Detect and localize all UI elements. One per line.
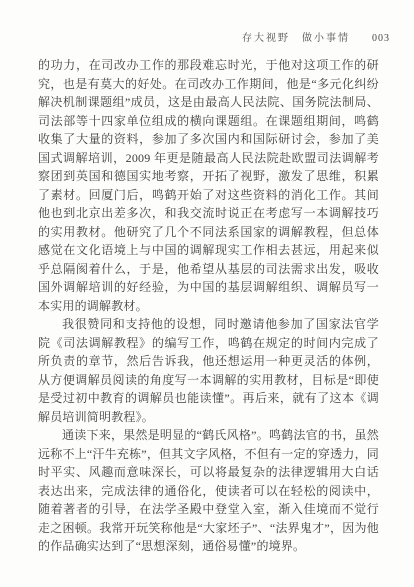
page-number: 003 (372, 33, 390, 44)
paragraph: 我很赞同和支持他的设想，同时邀请他参加了国家法官学院《司法调解教程》的编写工作，… (38, 315, 379, 426)
page-header: 存大视野 做小事情 003 (0, 29, 390, 44)
book-page: 存大视野 做小事情 003 的功力，在司改办工作的那段难忘时光，于他对这项工作的… (0, 0, 414, 587)
running-title: 存大视野 做小事情 (242, 29, 350, 44)
body-text: 的功力，在司改办工作的那段难忘时光，于他对这项工作的研究，也是有莫大的好处。在司… (38, 56, 379, 556)
paragraph: 通读下来，果然是明显的“鹤氏风格”。鸣鹤法官的书，虽然远称不上“汗牛充栋”，但其… (38, 426, 379, 556)
paragraph-continuation: 的功力，在司改办工作的那段难忘时光，于他对这项工作的研究，也是有莫大的好处。在司… (38, 56, 379, 315)
